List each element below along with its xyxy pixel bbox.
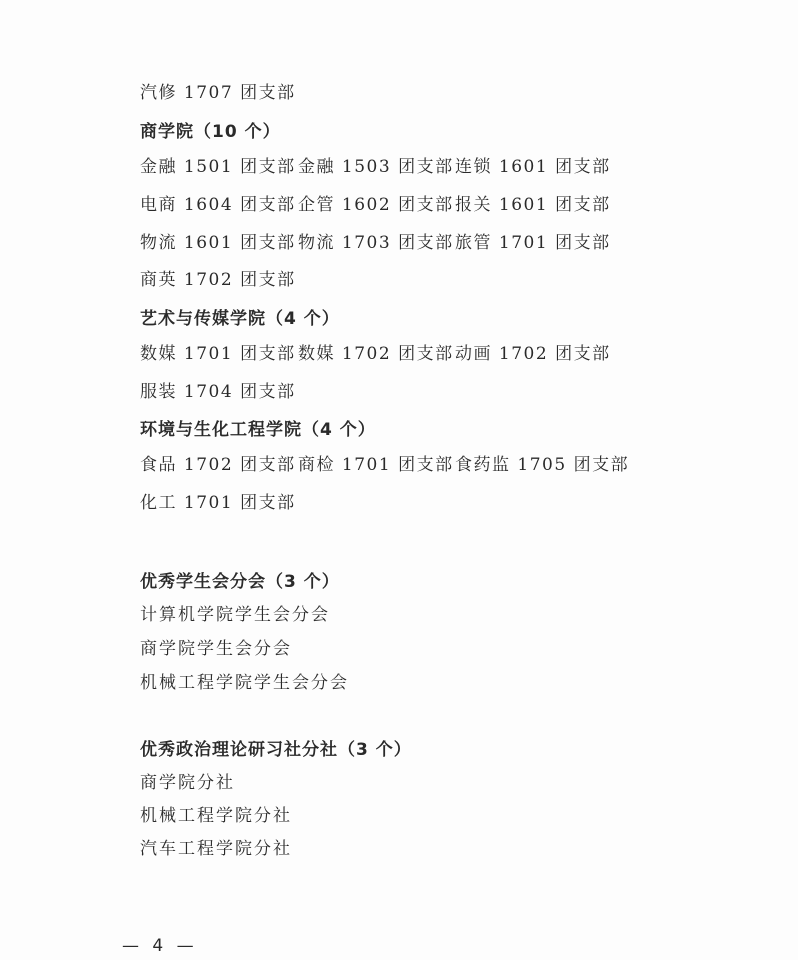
list-item: 企管 1602 团支部	[298, 190, 454, 215]
list-row: 电商 1604 团支部 企管 1602 团支部 报关 1601 团支部	[140, 190, 640, 212]
list-item: 食药监 1705 团支部	[455, 450, 629, 475]
list-row: 金融 1501 团支部 金融 1503 团支部 连锁 1601 团支部	[140, 152, 640, 174]
list-item: 食品 1702 团支部	[140, 450, 296, 475]
page-number: — 4 —	[122, 936, 198, 956]
list-item: 商检 1701 团支部	[298, 450, 454, 475]
section-heading-environment: 环境与生化工程学院（4 个）	[140, 415, 376, 440]
list-item: 汽修 1707 团支部	[140, 78, 296, 103]
list-item: 旅管 1701 团支部	[455, 228, 611, 253]
list-item: 化工 1701 团支部	[140, 488, 296, 513]
list-item: 数媒 1702 团支部	[298, 339, 454, 364]
list-item: 动画 1702 团支部	[455, 339, 611, 364]
list-item: 物流 1703 团支部	[298, 228, 454, 253]
list-item: 机械工程学院分社	[140, 801, 292, 826]
list-item: 商学院分社	[140, 768, 235, 793]
list-item: 服装 1704 团支部	[140, 377, 296, 402]
section-heading-student-union: 优秀学生会分会（3 个）	[140, 567, 340, 592]
list-row: 数媒 1701 团支部 数媒 1702 团支部 动画 1702 团支部	[140, 339, 640, 361]
list-item: 报关 1601 团支部	[455, 190, 611, 215]
list-item: 连锁 1601 团支部	[455, 152, 611, 177]
list-item: 商英 1702 团支部	[140, 265, 296, 290]
list-item: 计算机学院学生会分会	[140, 600, 330, 625]
list-item: 金融 1503 团支部	[298, 152, 454, 177]
list-item: 机械工程学院学生会分会	[140, 668, 349, 693]
list-item: 金融 1501 团支部	[140, 152, 296, 177]
list-item: 物流 1601 团支部	[140, 228, 296, 253]
list-row: 食品 1702 团支部 商检 1701 团支部 食药监 1705 团支部	[140, 450, 660, 472]
section-heading-arts-media: 艺术与传媒学院（4 个）	[140, 304, 340, 329]
list-item: 汽车工程学院分社	[140, 834, 292, 859]
section-heading-business: 商学院（10 个）	[140, 117, 281, 142]
list-item: 数媒 1701 团支部	[140, 339, 296, 364]
list-item: 电商 1604 团支部	[140, 190, 296, 215]
list-row: 物流 1601 团支部 物流 1703 团支部 旅管 1701 团支部	[140, 228, 640, 250]
section-heading-political-society: 优秀政治理论研习社分社（3 个）	[140, 735, 412, 760]
list-item: 商学院学生会分会	[140, 634, 292, 659]
